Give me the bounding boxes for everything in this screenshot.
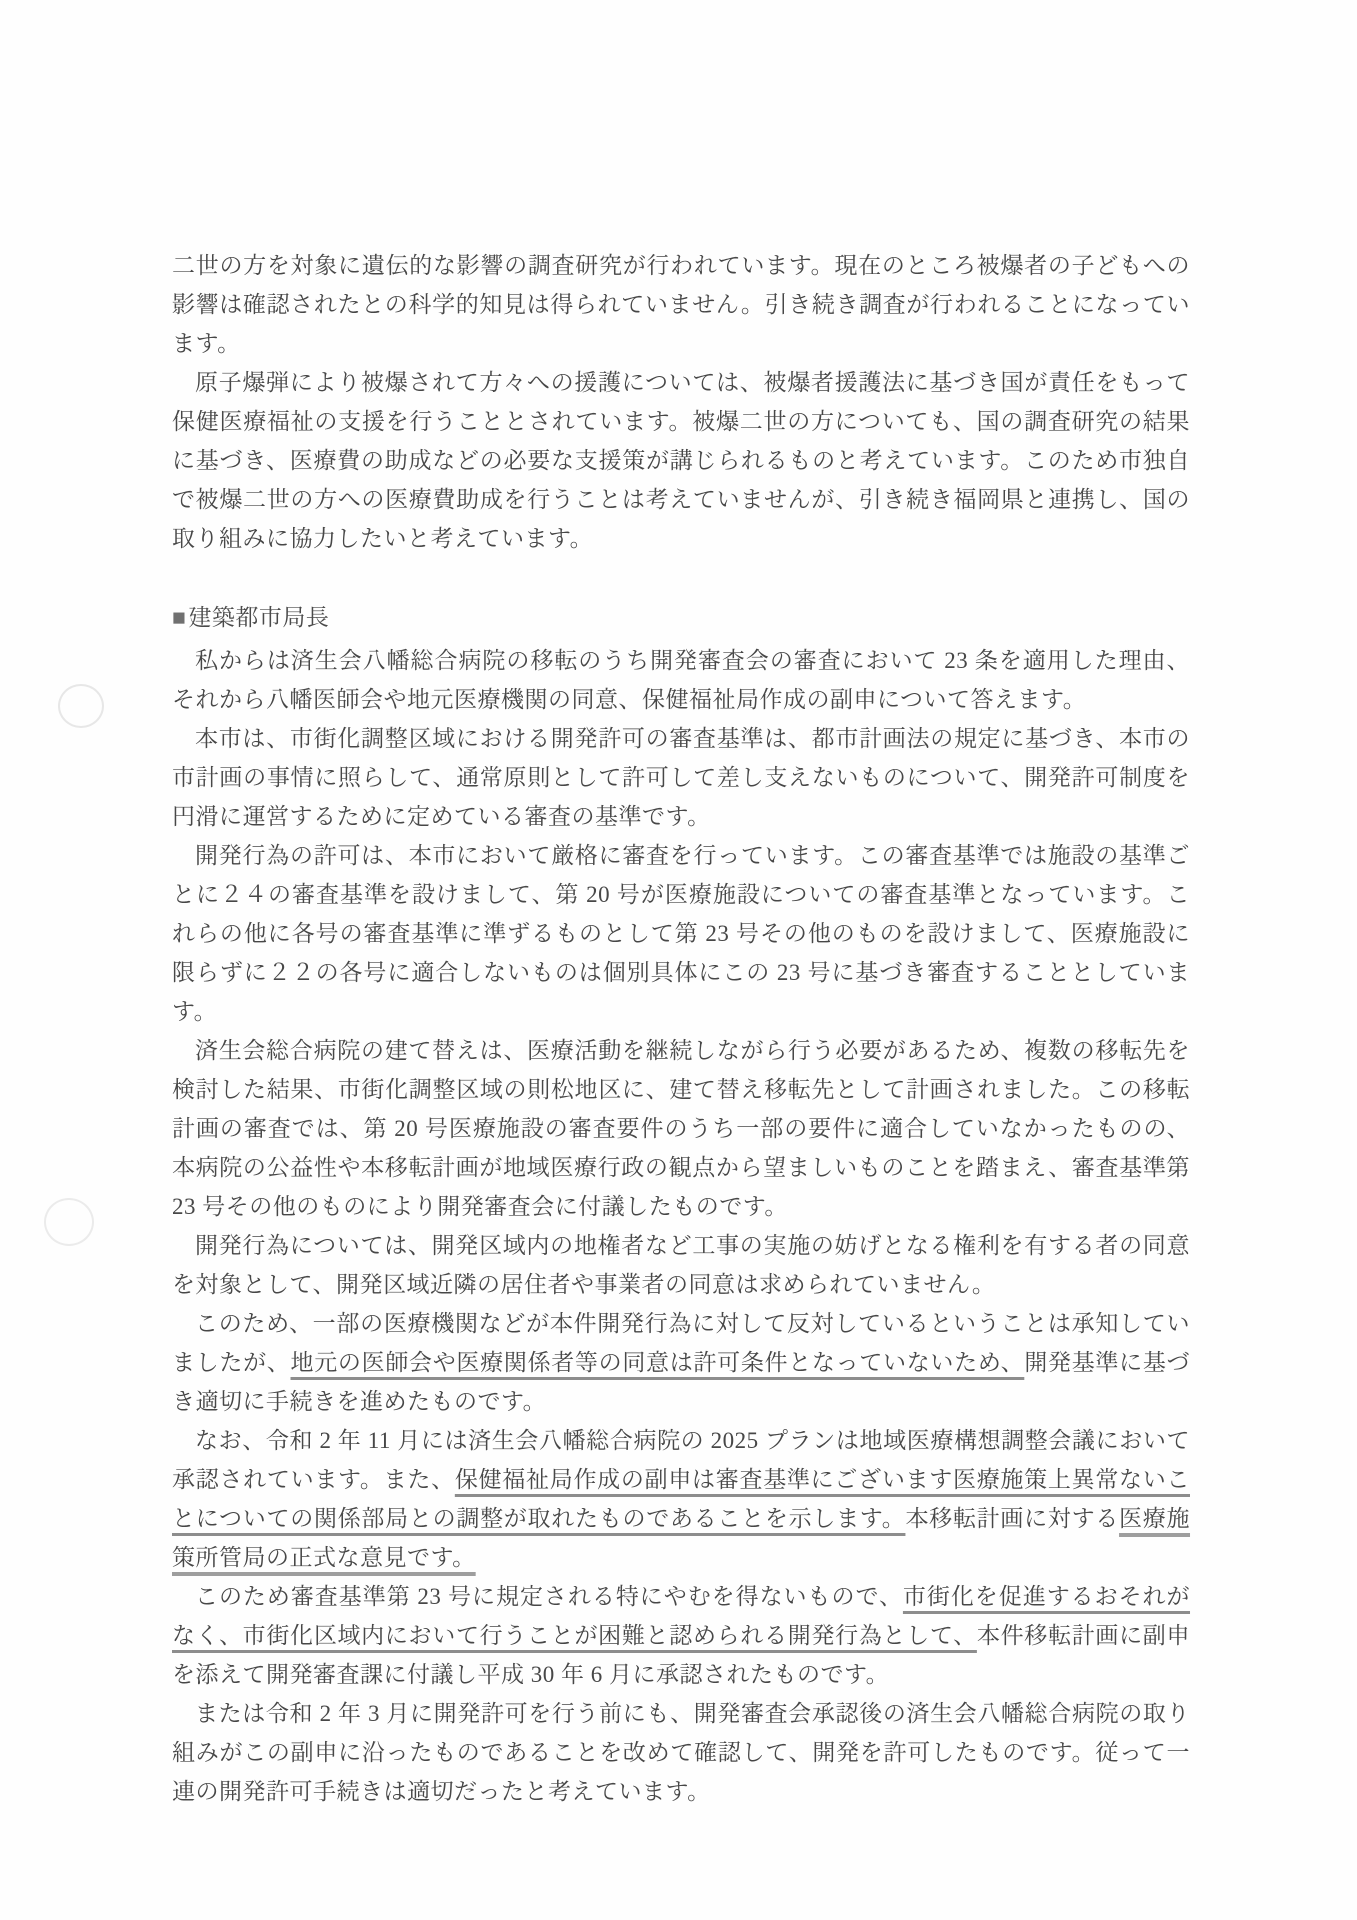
paragraph: なお、令和 2 年 11 月には済生会八幡総合病院の 2025 プランは地域医療… — [172, 1421, 1190, 1577]
text-segment: 済生会総合病院の建て替えは、医療活動を継続しながら行う必要があるため、複数の移転… — [172, 1038, 1190, 1219]
punch-hole-mark — [58, 684, 104, 728]
paragraph: 開発行為の許可は、本市において厳格に審査を行っています。この審査基準では施設の基… — [172, 836, 1190, 1031]
document-blocks: 二世の方を対象に遺伝的な影響の調査研究が行われています。現在のところ被爆者の子ど… — [172, 246, 1190, 1811]
text-segment: 二世の方を対象に遺伝的な影響の調査研究が行われています。現在のところ被爆者の子ど… — [172, 253, 1190, 356]
section-heading: ■建築都市局長 — [172, 598, 1190, 637]
text-segment: 開発行為の許可は、本市において厳格に審査を行っています。この審査基準では施設の基… — [172, 843, 1190, 1024]
paragraph: 本市は、市街化調整区域における開発許可の審査基準は、都市計画法の規定に基づき、本… — [172, 719, 1190, 836]
underlined-text-segment: 地元の医師会や医療関係者等の同意は許可条件となっていないため、 — [291, 1350, 1025, 1375]
text-segment: このため審査基準第 23 号に規定される特にやむを得ないもので、 — [195, 1584, 903, 1609]
scanned-document-page: 二世の方を対象に遺伝的な影響の調査研究が行われています。現在のところ被爆者の子ど… — [0, 0, 1357, 1920]
text-segment: 開発行為については、開発区域内の地権者など工事の実施の妨げとなる権利を有する者の… — [172, 1233, 1190, 1297]
punch-hole-mark — [44, 1198, 94, 1246]
paragraph: このため審査基準第 23 号に規定される特にやむを得ないもので、市街化を促進する… — [172, 1577, 1190, 1694]
text-segment: 原子爆弾により被爆されて方々への援護については、被爆者援護法に基づき国が責任をも… — [172, 370, 1190, 551]
text-segment: または令和 2 年 3 月に開発許可を行う前にも、開発審査会承認後の済生会八幡総… — [172, 1701, 1190, 1804]
paragraph: 原子爆弾により被爆されて方々への援護については、被爆者援護法に基づき国が責任をも… — [172, 363, 1190, 558]
paragraph: 私からは済生会八幡総合病院の移転のうち開発審査会の審査において 23 条を適用し… — [172, 641, 1190, 719]
paragraph: 済生会総合病院の建て替えは、医療活動を継続しながら行う必要があるため、複数の移転… — [172, 1031, 1190, 1226]
paragraph: 開発行為については、開発区域内の地権者など工事の実施の妨げとなる権利を有する者の… — [172, 1226, 1190, 1304]
text-segment: 本移転計画に対する — [905, 1506, 1119, 1531]
text-segment: 本市は、市街化調整区域における開発許可の審査基準は、都市計画法の規定に基づき、本… — [172, 726, 1190, 829]
text-segment: 私からは済生会八幡総合病院の移転のうち開発審査会の審査において 23 条を適用し… — [172, 648, 1190, 712]
paragraph: このため、一部の医療機関などが本件開発行為に対して反対しているということは承知し… — [172, 1304, 1190, 1421]
heading-square-marker: ■ — [172, 605, 186, 630]
paragraph: または令和 2 年 3 月に開発許可を行う前にも、開発審査会承認後の済生会八幡総… — [172, 1694, 1190, 1811]
paragraph: 二世の方を対象に遺伝的な影響の調査研究が行われています。現在のところ被爆者の子ど… — [172, 246, 1190, 363]
heading-label: 建築都市局長 — [188, 605, 329, 630]
